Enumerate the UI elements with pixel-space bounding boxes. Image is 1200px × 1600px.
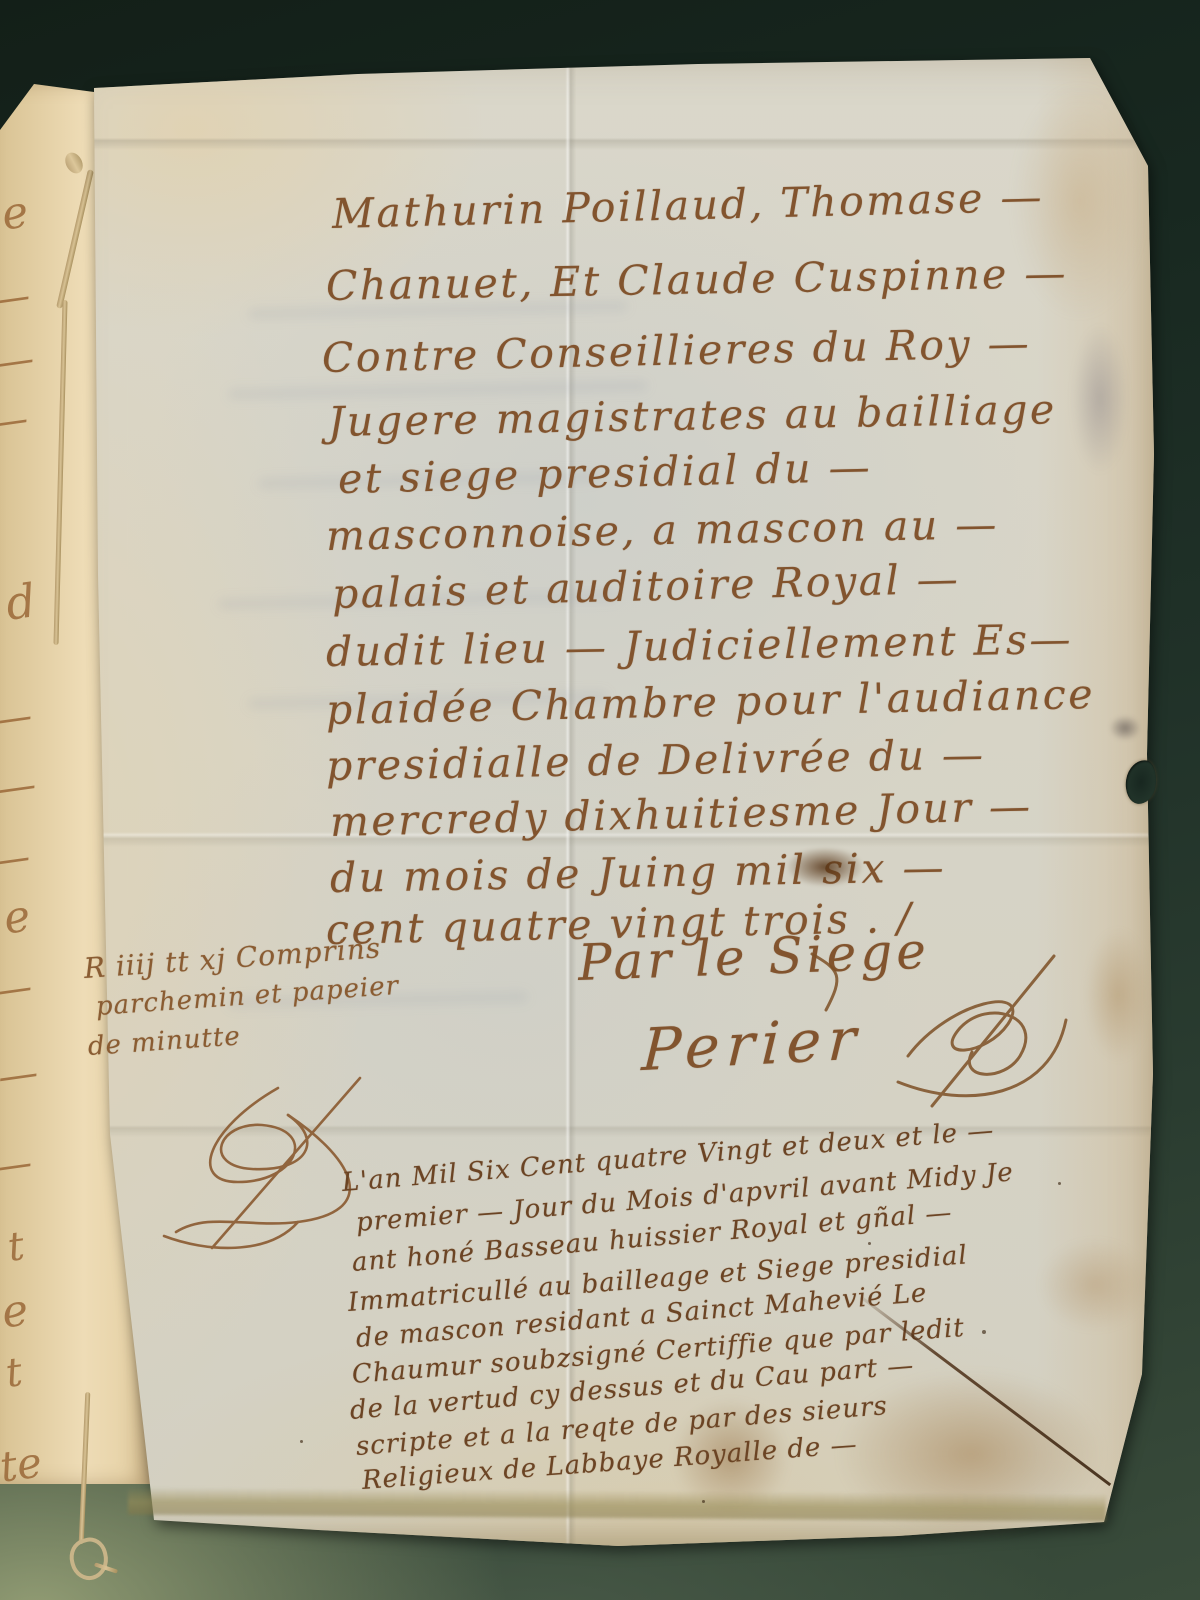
- speck: [1058, 1182, 1061, 1185]
- speck: [300, 1440, 303, 1443]
- speck: [982, 1330, 986, 1334]
- speck: [868, 1242, 871, 1245]
- signature-paraph-icon: [782, 948, 1082, 1118]
- manuscript-photo: e — — — d — — — e — — — t e t te: [0, 0, 1200, 1600]
- speck: [702, 1500, 705, 1503]
- speck: [420, 1486, 423, 1489]
